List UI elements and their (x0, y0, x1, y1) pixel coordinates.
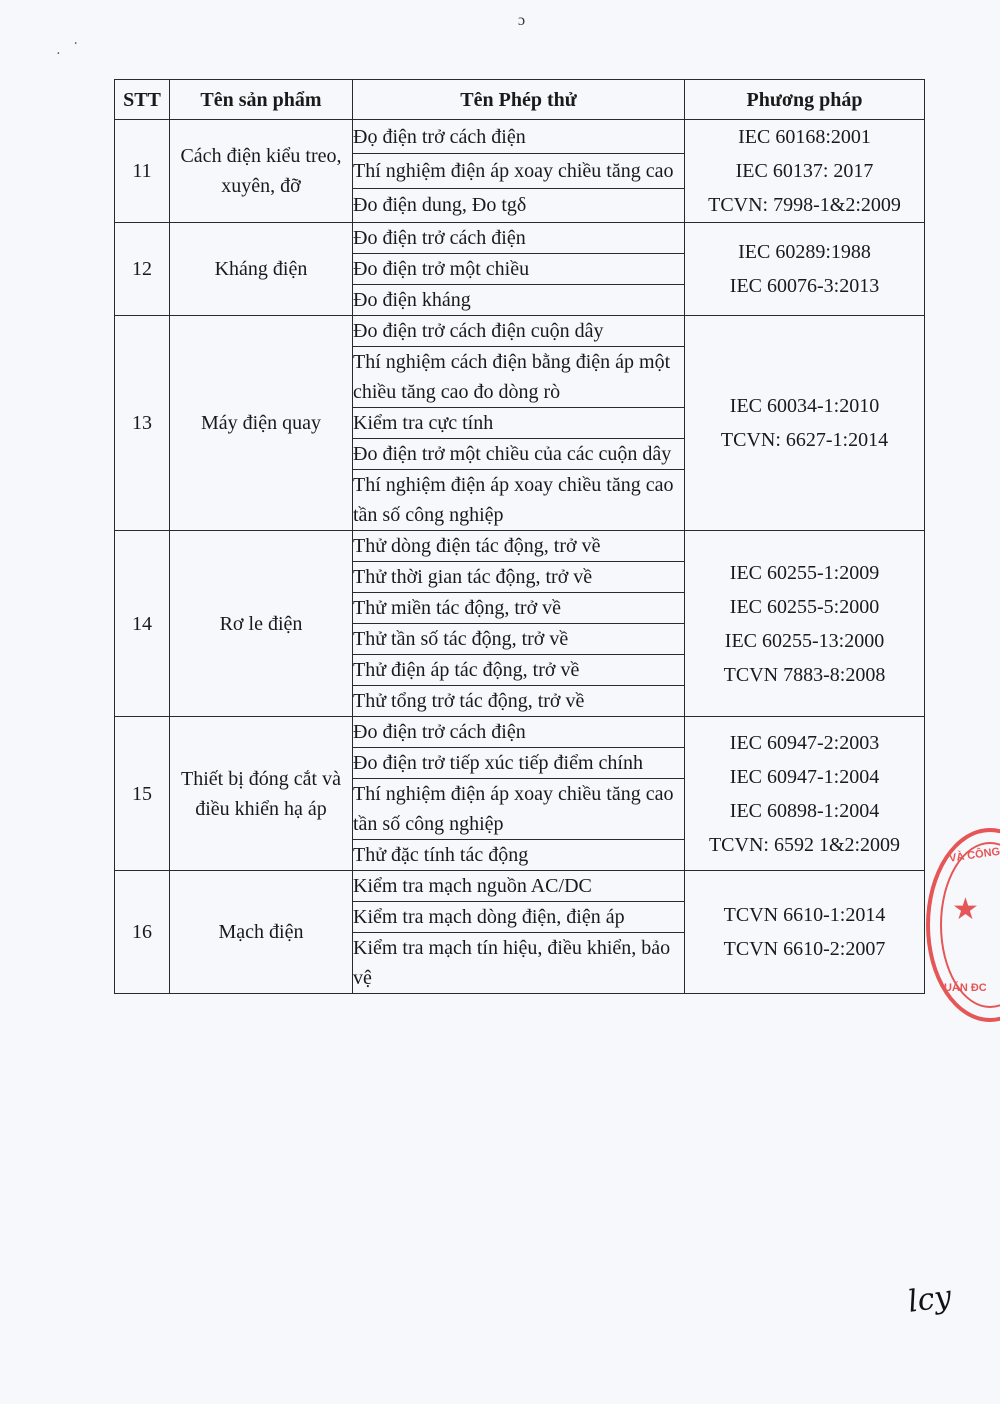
page-number-mark: ɔ (518, 12, 525, 30)
cell-test-name: Thí nghiệm cách điện bằng điện áp một ch… (353, 347, 685, 408)
header-stt: STT (115, 80, 170, 120)
method-standard: IEC 60255-1:2009 (685, 556, 924, 590)
cell-method-standards: IEC 60034-1:2010TCVN: 6627-1:2014 (685, 316, 925, 531)
cell-stt: 16 (115, 871, 170, 994)
method-standard: TCVN 6610-2:2007 (685, 932, 924, 966)
method-standard: IEC 60255-5:2000 (685, 590, 924, 624)
cell-product-name: Cách điện kiểu treo, xuyên, đỡ (170, 120, 353, 223)
cell-test-name: Đo điện trở tiếp xúc tiếp điểm chính (353, 748, 685, 779)
cell-stt: 14 (115, 531, 170, 717)
cell-test-name: Đo điện dung, Đo tgδ (353, 188, 685, 222)
cell-test-name: Thử điện áp tác động, trở về (353, 655, 685, 686)
cell-test-name: Thử đặc tính tác động (353, 840, 685, 871)
table-row: 14Rơ le điệnThử dòng điện tác động, trở … (115, 531, 925, 562)
method-standard: IEC 60947-2:2003 (685, 726, 924, 760)
method-standard: TCVN: 6592 1&2:2009 (685, 828, 924, 862)
cell-test-name: Thử tần số tác động, trở về (353, 624, 685, 655)
table-body: 11Cách điện kiểu treo, xuyên, đỡĐọ điện … (115, 120, 925, 994)
cell-test-name: Kiểm tra mạch tín hiệu, điều khiển, bảo … (353, 933, 685, 994)
table-row: 16Mạch điệnKiểm tra mạch nguồn AC/DCTCVN… (115, 871, 925, 902)
table-row: 12Kháng điệnĐo điện trở cách điệnIEC 602… (115, 223, 925, 254)
cell-product-name: Kháng điện (170, 223, 353, 316)
cell-stt: 13 (115, 316, 170, 531)
method-standard: TCVN 6610-1:2014 (685, 898, 924, 932)
method-standard: IEC 60947-1:2004 (685, 760, 924, 794)
method-standard: IEC 60255-13:2000 (685, 624, 924, 658)
method-standard: TCVN: 6627-1:2014 (685, 423, 924, 457)
cell-test-name: Thí nghiệm điện áp xoay chiều tăng cao t… (353, 470, 685, 531)
method-standard: TCVN 7883-8:2008 (685, 658, 924, 692)
cell-test-name: Kiểm tra mạch nguồn AC/DC (353, 871, 685, 902)
cell-test-name: Đo điện kháng (353, 285, 685, 316)
header-test: Tên Phép thử (353, 80, 685, 120)
scan-artifact: · · (53, 33, 88, 62)
cell-test-name: Kiểm tra mạch dòng điện, điện áp (353, 902, 685, 933)
test-methods-table: STT Tên sản phẩm Tên Phép thử Phương phá… (114, 79, 925, 994)
cell-test-name: Đo điện trở một chiều (353, 254, 685, 285)
cell-test-name: Đo điện trở một chiều của các cuộn dây (353, 439, 685, 470)
table-row: 15Thiết bị đóng cắt và điều khiển hạ ápĐ… (115, 717, 925, 748)
cell-test-name: Đo điện trở cách điện cuộn dây (353, 316, 685, 347)
cell-test-name: Thí nghiệm điện áp xoay chiều tăng cao t… (353, 779, 685, 840)
cell-product-name: Máy điện quay (170, 316, 353, 531)
cell-stt: 11 (115, 120, 170, 223)
cell-test-name: Thử thời gian tác động, trở về (353, 562, 685, 593)
cell-method-standards: TCVN 6610-1:2014TCVN 6610-2:2007 (685, 871, 925, 994)
cell-product-name: Thiết bị đóng cắt và điều khiển hạ áp (170, 717, 353, 871)
cell-method-standards: IEC 60168:2001IEC 60137: 2017TCVN: 7998-… (685, 120, 925, 223)
cell-test-name: Đo điện trở cách điện (353, 223, 685, 254)
official-red-stamp: C VÀ CÔNG ★ HUẨN ĐC (926, 828, 1000, 1022)
table-row: 13Máy điện quayĐo điện trở cách điện cuộ… (115, 316, 925, 347)
stamp-bottom-text: HUẨN ĐC (936, 982, 987, 994)
method-standard: TCVN: 7998-1&2:2009 (685, 188, 924, 222)
cell-stt: 15 (115, 717, 170, 871)
cell-product-name: Rơ le điện (170, 531, 353, 717)
cell-method-standards: IEC 60255-1:2009IEC 60255-5:2000IEC 6025… (685, 531, 925, 717)
table-row: 11Cách điện kiểu treo, xuyên, đỡĐọ điện … (115, 120, 925, 154)
cell-product-name: Mạch điện (170, 871, 353, 994)
table-header-row: STT Tên sản phẩm Tên Phép thử Phương phá… (115, 80, 925, 120)
cell-test-name: Thử miền tác động, trở về (353, 593, 685, 624)
cell-test-name: Đo điện trở cách điện (353, 717, 685, 748)
cell-test-name: Thử tổng trở tác động, trở về (353, 686, 685, 717)
method-standard: IEC 60289:1988 (685, 235, 924, 269)
cell-test-name: Thử dòng điện tác động, trở về (353, 531, 685, 562)
cell-test-name: Đọ điện trở cách điện (353, 120, 685, 154)
method-standard: IEC 60898-1:2004 (685, 794, 924, 828)
cell-test-name: Kiểm tra cực tính (353, 408, 685, 439)
method-standard: IEC 60034-1:2010 (685, 389, 924, 423)
cell-method-standards: IEC 60289:1988IEC 60076-3:2013 (685, 223, 925, 316)
cell-method-standards: IEC 60947-2:2003IEC 60947-1:2004IEC 6089… (685, 717, 925, 871)
cell-stt: 12 (115, 223, 170, 316)
header-method: Phương pháp (685, 80, 925, 120)
method-standard: IEC 60076-3:2013 (685, 269, 924, 303)
cell-test-name: Thí nghiệm điện áp xoay chiều tăng cao (353, 154, 685, 188)
star-emblem-icon: ★ (952, 892, 979, 927)
method-standard: IEC 60137: 2017 (685, 154, 924, 188)
initials-signature: lcy (906, 1279, 954, 1320)
method-standard: IEC 60168:2001 (685, 120, 924, 154)
header-product: Tên sản phẩm (170, 80, 353, 120)
